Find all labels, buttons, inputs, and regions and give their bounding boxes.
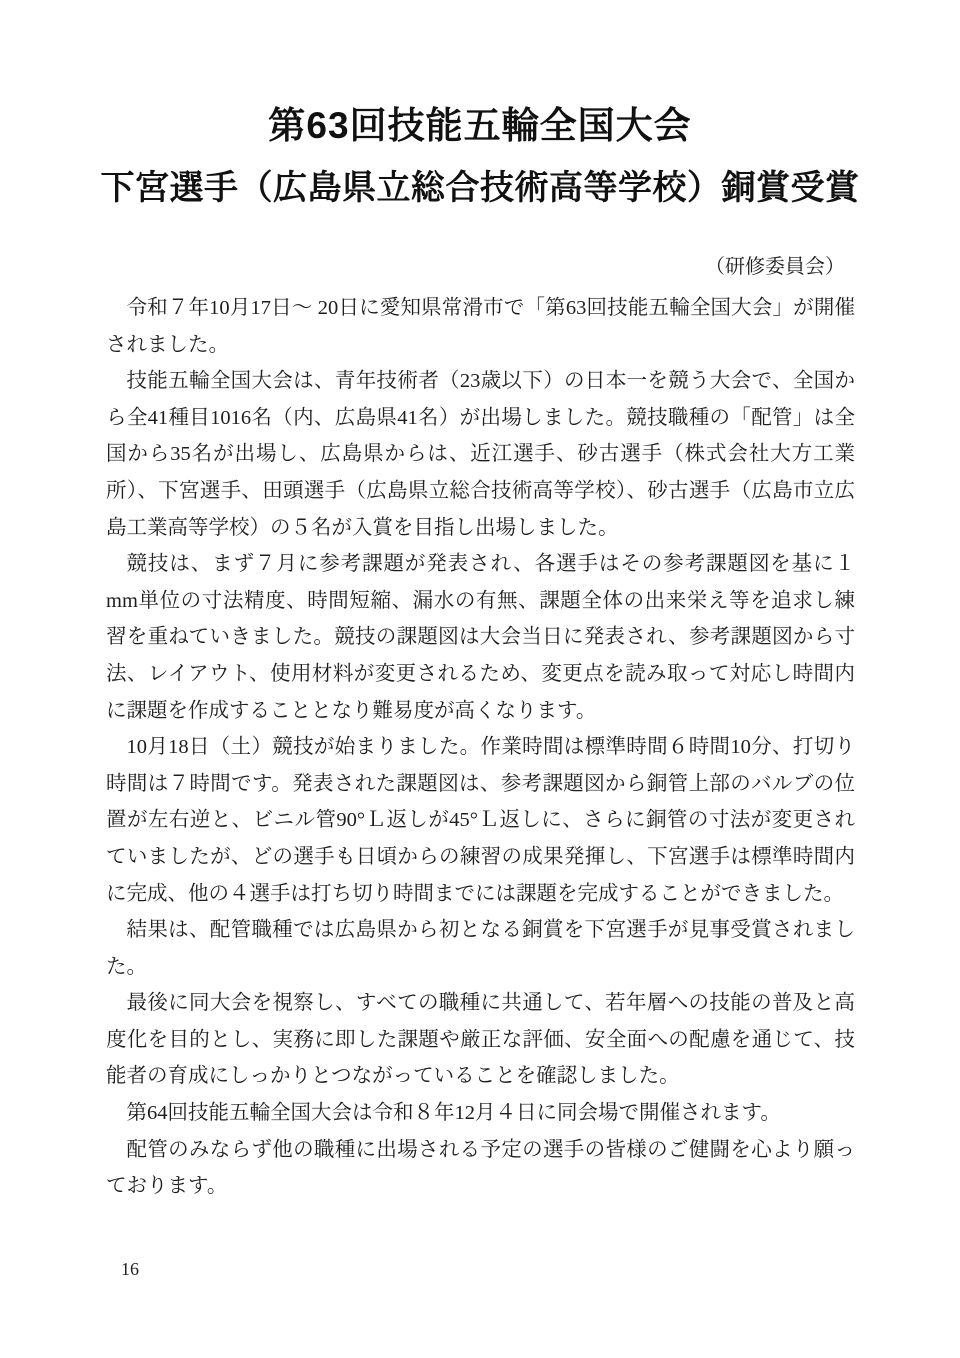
paragraph-closing: 配管のみならず他の職種に出場される予定の選手の皆様のご健闘を心より願っております… bbox=[106, 1132, 855, 1205]
paragraph-competition-day: 10月18日（土）競技が始まりました。作業時間は標準時間６時間10分、打切り時間… bbox=[106, 729, 855, 912]
document-page: 第63回技能五輪全国大会 下宮選手（広島県立総合技術高等学校）銅賞受賞 （研修委… bbox=[0, 0, 960, 1358]
paragraph-preparation: 競技は、まず７月に参考課題が発表され、各選手はその参考課題図を基に１mm単位の寸… bbox=[106, 546, 855, 729]
paragraph-overview: 技能五輪全国大会は、青年技術者（23歳以下）の日本一を競う大会で、全国から全41… bbox=[106, 363, 855, 546]
doc-subtitle: 下宮選手（広島県立総合技術高等学校）銅賞受賞 bbox=[0, 160, 960, 209]
doc-title: 第63回技能五輪全国大会 bbox=[0, 95, 960, 149]
paragraph-next-event: 第64回技能五輪全国大会は令和８年12月４日に同会場で開催されます。 bbox=[106, 1095, 855, 1132]
paragraph-observation: 最後に同大会を視察し、すべての職種に共通して、若年層への技能の普及と高度化を目的… bbox=[106, 985, 855, 1095]
paragraph-result: 結果は、配管職種では広島県から初となる銅賞を下宮選手が見事受賞されました。 bbox=[106, 912, 855, 985]
body-text: 令和７年10月17日～ 20日に愛知県常滑市で「第63回技能五輪全国大会」が開催… bbox=[106, 290, 855, 1205]
paragraph-intro: 令和７年10月17日～ 20日に愛知県常滑市で「第63回技能五輪全国大会」が開催… bbox=[106, 290, 855, 363]
page-number: 16 bbox=[121, 1259, 139, 1280]
byline-committee: （研修委員会） bbox=[0, 250, 845, 279]
